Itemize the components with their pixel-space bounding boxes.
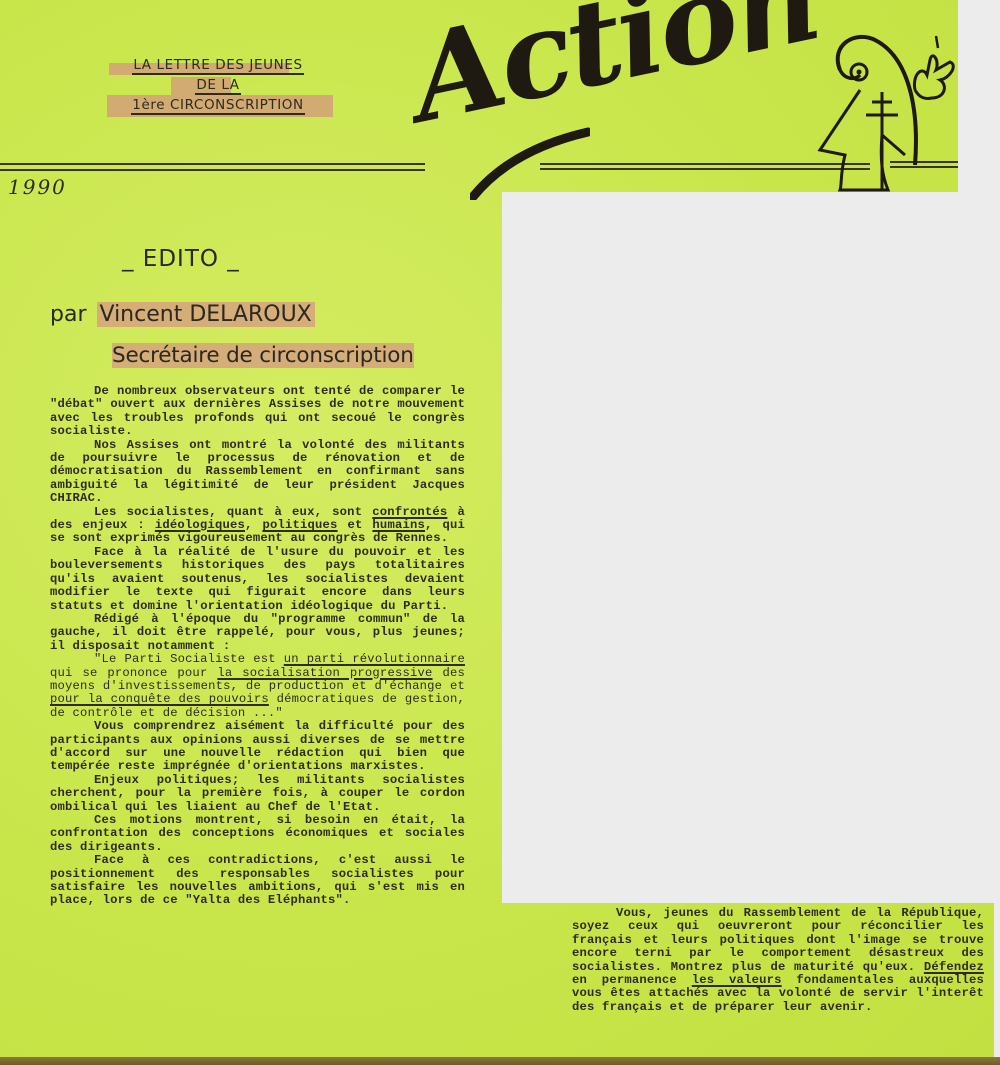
- paragraph: Rédigé à l'époque du "programme commun" …: [50, 613, 465, 653]
- byline: parVincent DELAROUX: [50, 302, 315, 327]
- redacted-area: [958, 0, 1000, 192]
- author-name: Vincent DELAROUX: [97, 302, 315, 327]
- paragraph: Enjeux politiques; les militants sociali…: [50, 774, 465, 814]
- masthead: LA LETTRE DES JEUNES DE LA 1ère CIRCONSC…: [103, 55, 333, 115]
- quote-paragraph: "Le Parti Socialiste est un parti révolu…: [50, 653, 465, 720]
- paragraph: De nombreux observateurs ont tenté de co…: [50, 385, 465, 439]
- page-margin: [994, 903, 1000, 1057]
- paragraph: Vous, jeunes du Rassemblement de la Répu…: [572, 907, 984, 1014]
- author-role-text: Secrétaire de circonscription: [112, 343, 414, 368]
- page-bottom-edge: [0, 1057, 1000, 1065]
- underlined-term: humains: [372, 518, 425, 532]
- paragraph: Face à ces contradictions, c'est aussi l…: [50, 854, 465, 908]
- paragraph: Vous comprendrez aisément la difficulté …: [50, 720, 465, 774]
- paragraph: Les socialistes, quant à eux, sont confr…: [50, 506, 465, 546]
- paragraph: Ces motions montrent, si besoin en était…: [50, 814, 465, 854]
- underlined-term: pour la conquête des pouvoirs: [50, 692, 269, 706]
- header-rule: [0, 169, 425, 171]
- underlined-term: idéologiques: [155, 518, 245, 532]
- byline-prefix: par: [50, 302, 87, 327]
- logo-swoosh: [470, 110, 590, 200]
- lorraine-cross-mascot-icon: [800, 20, 960, 195]
- underlined-term: politiques: [262, 518, 337, 532]
- redacted-area: [502, 192, 1000, 903]
- underlined-term: les valeurs: [692, 973, 782, 987]
- article-left-column: De nombreux observateurs ont tenté de co…: [50, 385, 465, 908]
- section-title: _ EDITO _: [122, 246, 240, 272]
- masthead-line-1: LA LETTRE DES JEUNES: [103, 55, 333, 75]
- article-right-column: Vous, jeunes du Rassemblement de la Répu…: [572, 907, 984, 1014]
- paragraph: Face à la réalité de l'usure du pouvoir …: [50, 546, 465, 613]
- underlined-term: confrontés: [372, 505, 447, 519]
- year-annotation: 1990: [8, 175, 67, 199]
- masthead-line-3: 1ère CIRCONSCRIPTION: [103, 95, 333, 115]
- author-role: Secrétaire de circonscription: [112, 343, 414, 368]
- paragraph: Nos Assises ont montré la volonté des mi…: [50, 439, 465, 506]
- underlined-term: Défendez: [924, 960, 984, 974]
- header-rule: [0, 163, 425, 165]
- underlined-term: un parti révolutionnaire: [284, 652, 465, 666]
- underlined-term: la socialisation progressive: [217, 666, 432, 680]
- masthead-line-2: DE LA: [103, 75, 333, 95]
